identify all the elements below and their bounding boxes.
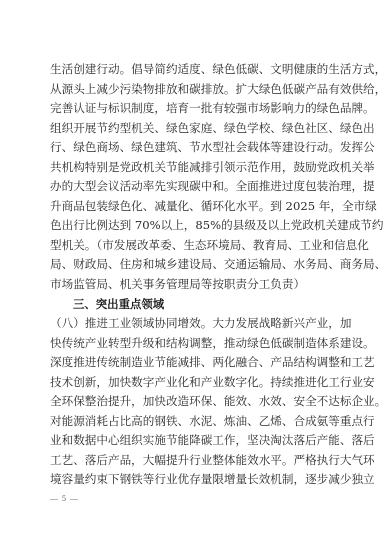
text-line: 全环保整治提升，加快改造环保、能效、水效、安全不达标企业。 bbox=[50, 392, 346, 412]
text-line: 深度推进传统制造业节能减排、两化融合、产品结构调整和工艺 bbox=[50, 353, 346, 373]
text-line: 升商品包装绿色化、减量化、循环化水平。到 2025 年，全市绿 bbox=[50, 197, 346, 217]
text-line: 对能源消耗占比高的钢铁、水泥、炼油、乙烯、合成氨等重点行 bbox=[50, 412, 346, 432]
text-line: 办的大型会议活动率先实现碳中和。全面推进过度包装治理，提 bbox=[50, 177, 346, 197]
text-line: 完善认证与标识制度，培育一批有较强市场影响力的绿色品牌。 bbox=[50, 99, 346, 119]
text-line: 市场监管局、机关事务管理局等按职责分工负责） bbox=[50, 275, 346, 295]
text-line: 快传统产业转型升级和结构调整，推动绿色低碳制造体系建设。 bbox=[50, 334, 346, 354]
text-line: 组织开展节约型机关、绿色家庭、绿色学校、绿色社区、绿色出 bbox=[50, 119, 346, 139]
text-line: 工艺、落后产品，大幅提升行业整体能效水平。严格执行大气环 bbox=[50, 451, 346, 471]
page-number: — 5 — bbox=[50, 494, 79, 503]
text-line: （八）推进工业领域协同增效。大力发展战略新兴产业，加 bbox=[50, 314, 346, 334]
text-line: 型机关。（市发展改革委、生态环境局、教育局、工业和信息化 bbox=[50, 236, 346, 256]
text-line: 业和数据中心组织实施节能降碳工作，坚决淘汰落后产能、落后 bbox=[50, 431, 346, 451]
text-line: 技术创新，加快数字产业化和产业数字化。持续推进化工行业安 bbox=[50, 373, 346, 393]
text-line: 共机构特别是党政机关节能减排引领示范作用，鼓励党政机关举 bbox=[50, 158, 346, 178]
text-line: 局、财政局、住房和城乡建设局、交通运输局、水务局、商务局、 bbox=[50, 255, 346, 275]
text-line: 境容量约束下钢铁等行业优存量限增量长效机制，逐步减少独立 bbox=[50, 470, 346, 490]
section-heading: 三、突出重点领域 bbox=[50, 295, 346, 315]
text-line: 生活创建行动。倡导简约适度、绿色低碳、文明健康的生活方式， bbox=[50, 60, 346, 80]
document-page: 生活创建行动。倡导简约适度、绿色低碳、文明健康的生活方式， 从源头上减少污染物排… bbox=[0, 0, 390, 551]
text-line: 从源头上减少污染物排放和碳排放。扩大绿色低碳产品有效供给， bbox=[50, 80, 346, 100]
document-body: 生活创建行动。倡导简约适度、绿色低碳、文明健康的生活方式， 从源头上减少污染物排… bbox=[50, 60, 346, 490]
text-line: 行、绿色商场、绿色建筑、节水型社会载体等建设行动。发挥公 bbox=[50, 138, 346, 158]
text-line: 色出行比例达到 70%以上，85%的县级及以上党政机关建成节约 bbox=[50, 216, 346, 236]
